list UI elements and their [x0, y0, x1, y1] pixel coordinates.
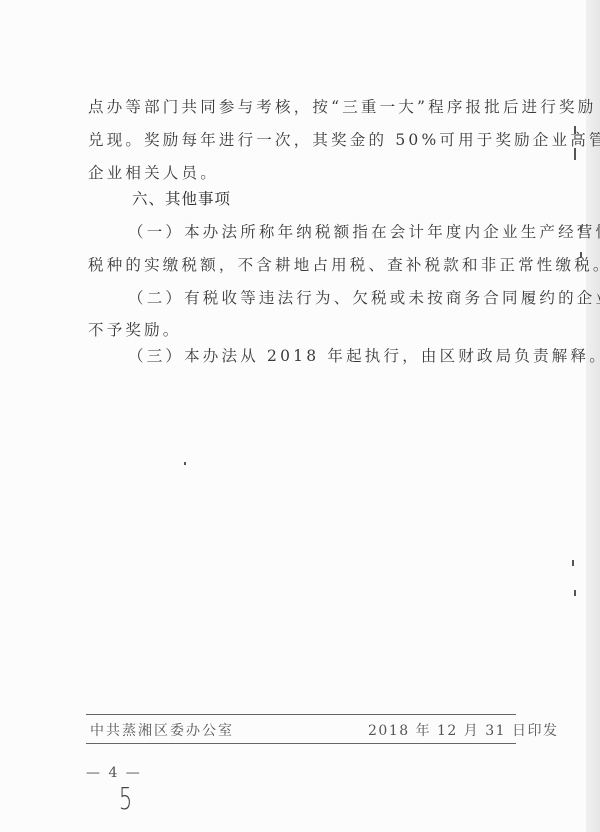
scan-mark [574, 590, 576, 596]
item-line: 不予奖励。 [88, 320, 182, 340]
item-line: （三）本办法从 2018 年起执行，由区财政局负责解释。 [128, 346, 600, 366]
scan-mark [574, 126, 576, 134]
scan-mark [580, 252, 582, 258]
page-edge-shadow [586, 0, 600, 832]
paragraph-line: 兑现。奖励每年进行一次，其奖金的 50%可用于奖励企业高管和 [88, 130, 600, 150]
item-line: （二）有税收等违法行为、欠税或未按商务合同履约的企业， [128, 288, 600, 308]
footer-date: 2018 年 12 月 31 日印发 [368, 720, 559, 740]
scan-mark [572, 560, 574, 566]
paragraph-line: 企业相关人员。 [88, 163, 219, 183]
item-line: 税种的实缴税额，不含耕地占用税、查补税款和非正常性缴税。 [88, 255, 600, 275]
scan-mark [184, 462, 186, 465]
footer-issuer: 中共蒸湘区委办公室 [90, 720, 234, 740]
scan-mark [574, 148, 576, 160]
section-heading: 六、其他事项 [132, 189, 231, 209]
scan-mark [580, 226, 582, 232]
paragraph-line: 点办等部门共同参与考核，按“三重一大”程序报批后进行奖励 [88, 97, 596, 117]
document-page: 点办等部门共同参与考核，按“三重一大”程序报批后进行奖励 兑现。奖励每年进行一次… [0, 0, 600, 832]
handwritten-mark: 5 [119, 782, 132, 817]
footer-bottom-rule [86, 743, 516, 744]
page-number: — 4 — [86, 765, 142, 781]
footer-top-rule [86, 714, 516, 715]
item-line: （一）本办法所称年纳税额指在会计年度内企业生产经营性 [128, 222, 600, 242]
